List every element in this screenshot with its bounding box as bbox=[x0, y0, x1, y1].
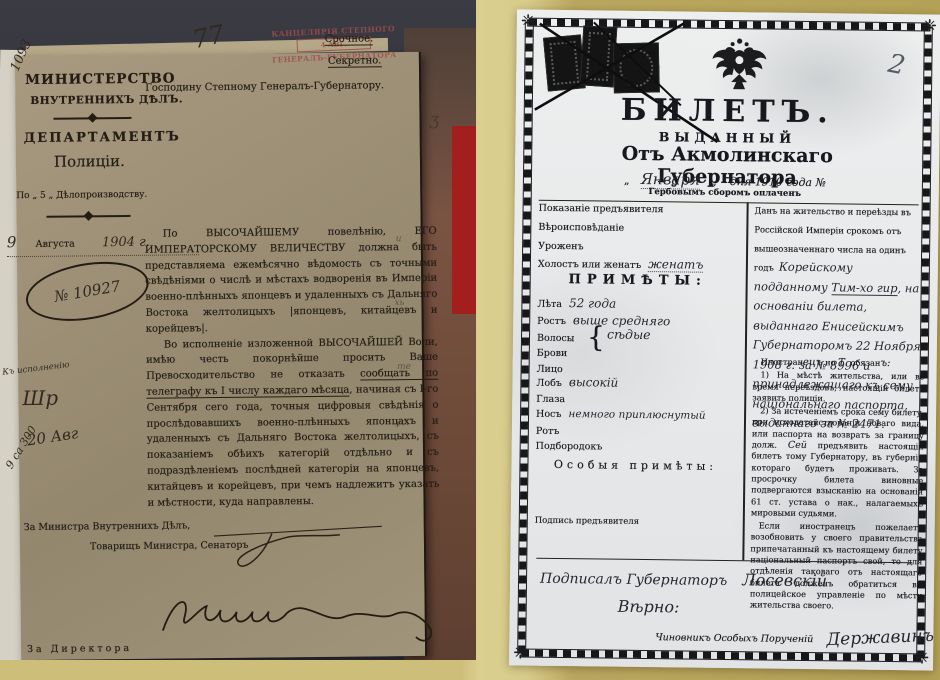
letter-paragraph-1: По ВЫСОЧАЙШЕМУ повелѣнію, ЕГО ИМПЕРАТОРС… bbox=[145, 224, 438, 338]
field-row: Показаніе предъявителя bbox=[539, 196, 743, 217]
director-signature-scribble bbox=[152, 576, 453, 659]
governor-signed-line: Подписалъ Губернаторъ Лосевскій bbox=[540, 568, 827, 591]
folio-number: 77 bbox=[190, 19, 227, 54]
director-line: За Директора bbox=[27, 643, 132, 655]
margin-note-2: Шр bbox=[22, 386, 58, 410]
special-marks-header: Особыя примѣты: bbox=[535, 458, 735, 473]
verno-label: Вѣрно: bbox=[618, 597, 680, 617]
p2-post: , начиная съ I-го Сентября сего года, то… bbox=[146, 384, 439, 509]
official-signature: Державинъ bbox=[826, 626, 934, 650]
album-page-photo: 1093 МИНИСТЕРСТВО ВНУТРЕННИХЪ ДѢЛЪ. ДЕПА… bbox=[0, 0, 940, 680]
page-number: 2 bbox=[886, 49, 908, 82]
pen-mark: хь bbox=[394, 298, 404, 308]
margin-note-1: Къ исполненію bbox=[2, 360, 70, 378]
rules-head-hw2: Т. bbox=[838, 357, 848, 368]
rule2-hw: Сей bbox=[788, 440, 807, 451]
field-label: Уроженъ bbox=[538, 241, 584, 253]
corner-ornament-icon: ❈ bbox=[915, 648, 929, 668]
official-signature-line: Чиновникъ Особыхъ Порученій Державинъ bbox=[655, 625, 934, 648]
field-label: Вѣроисповѣданіе bbox=[538, 222, 624, 234]
letter-body: По ВЫСОЧАЙШЕМУ повелѣнію, ЕГО ИМПЕРАТОРС… bbox=[145, 224, 440, 511]
letterhead-police: Полиціи. bbox=[54, 152, 125, 171]
rules-head-hw3: ъ: bbox=[880, 358, 890, 369]
field-row: Холостъ или женатъженатъ bbox=[538, 252, 742, 273]
date-year: 1904 г. bbox=[102, 235, 150, 251]
right-document: ❈ ❈ ❈ ❈ 2 БИЛЕТЪ. ВЫДАНН bbox=[509, 9, 940, 670]
rules-head-pr3: обязан bbox=[848, 358, 881, 368]
date-month: Августа bbox=[35, 239, 74, 250]
pen-mark: те bbox=[397, 362, 411, 372]
letterhead-ornament bbox=[53, 114, 131, 123]
left-photo: 1093 МИНИСТЕРСТВО ВНУТРЕННИХЪ ДѢЛЪ. ДЕПА… bbox=[0, 0, 476, 660]
field-row: Подбородокъ bbox=[536, 434, 740, 455]
letterhead-department: ДЕПАРТАМЕНТЪ bbox=[24, 129, 181, 146]
pen-mark: ʒ bbox=[429, 110, 439, 130]
corner-ornament-icon: ❈ bbox=[922, 16, 936, 36]
issue-date-rest: дня 1910 года № bbox=[730, 175, 826, 189]
hair-brow-value: сѣдые bbox=[607, 327, 651, 343]
quote-mark: „ bbox=[624, 174, 630, 187]
rule-2: 2) За истеченіемъ срока сему билету, при… bbox=[751, 406, 924, 521]
bearer-name: Тим-хо гир bbox=[831, 280, 897, 296]
rules-head-pr2: но bbox=[822, 357, 838, 367]
archive-number: 1093 bbox=[8, 37, 35, 73]
signoff-line1: За Министра Внутреннихъ Дѣлъ, bbox=[24, 520, 191, 533]
brace-icon: { bbox=[587, 320, 605, 353]
letterhead-ornament-2 bbox=[46, 212, 130, 221]
ticket-title: БИЛЕТЪ. bbox=[568, 92, 888, 131]
rules-head-pr1: Иностран bbox=[761, 356, 803, 367]
rules-head-hw1: ецъ bbox=[803, 357, 823, 368]
imperial-eagle-icon bbox=[710, 36, 769, 93]
field-label: Показаніе предъявителя bbox=[539, 203, 664, 216]
field-label: Холостъ или женатъ bbox=[538, 259, 641, 271]
rules-heading: Иностранецъ но Т. обязанъ: bbox=[753, 356, 925, 369]
rule2-post: предъявить настоящій билетъ тому Губерна… bbox=[751, 440, 924, 518]
ministry-letter-text-layer: 1093 МИНИСТЕРСТВО ВНУТРЕННИХЪ ДѢЛЪ. ДЕПА… bbox=[0, 0, 476, 660]
rule-3: Если иностранецъ пожелаетъ возобновить у… bbox=[750, 520, 923, 612]
date-day: 9 bbox=[7, 233, 17, 251]
bearer-signature-label: Подпись предъявителя bbox=[535, 516, 639, 527]
letterhead-office-line: По „ 5 „ Дѣлопроизводству. bbox=[16, 190, 147, 201]
addressee-line: Господину Степному Генералъ-Губернатору. bbox=[145, 80, 384, 94]
primety-header: ПРИМѢТЫ: bbox=[538, 272, 738, 289]
letterhead-ministry2: ВНУТРЕННИХЪ ДѢЛЪ. bbox=[30, 93, 183, 107]
senator-signature-scribble bbox=[202, 512, 393, 574]
document-number: № 10927 bbox=[53, 277, 122, 306]
official-title: Чиновникъ Особыхъ Порученій bbox=[655, 632, 813, 645]
quote-mark: „ bbox=[711, 175, 717, 188]
border-bottom-chain bbox=[521, 649, 921, 663]
border-left-chain bbox=[517, 22, 534, 654]
governor-name: Лосевскій bbox=[742, 570, 827, 590]
signed-prefix: Подписалъ Губернаторъ bbox=[540, 571, 727, 589]
rule-1: 1) На мѣстѣ жительства, или во время пер… bbox=[752, 370, 924, 406]
urgent-label: Срочное. bbox=[325, 33, 374, 46]
field-row: Вѣроисповѣданіе bbox=[538, 215, 742, 236]
field-value: женатъ bbox=[648, 257, 703, 273]
pen-mark: и bbox=[396, 234, 402, 244]
corner-ornament-icon: ❈ bbox=[513, 643, 527, 663]
column-divider bbox=[742, 202, 748, 560]
field-label: Подбородокъ bbox=[536, 441, 603, 453]
document-number-oval: № 10927 bbox=[22, 253, 154, 329]
secret-label: Секретно. bbox=[328, 55, 382, 68]
pen-mark: ус. bbox=[396, 418, 409, 428]
